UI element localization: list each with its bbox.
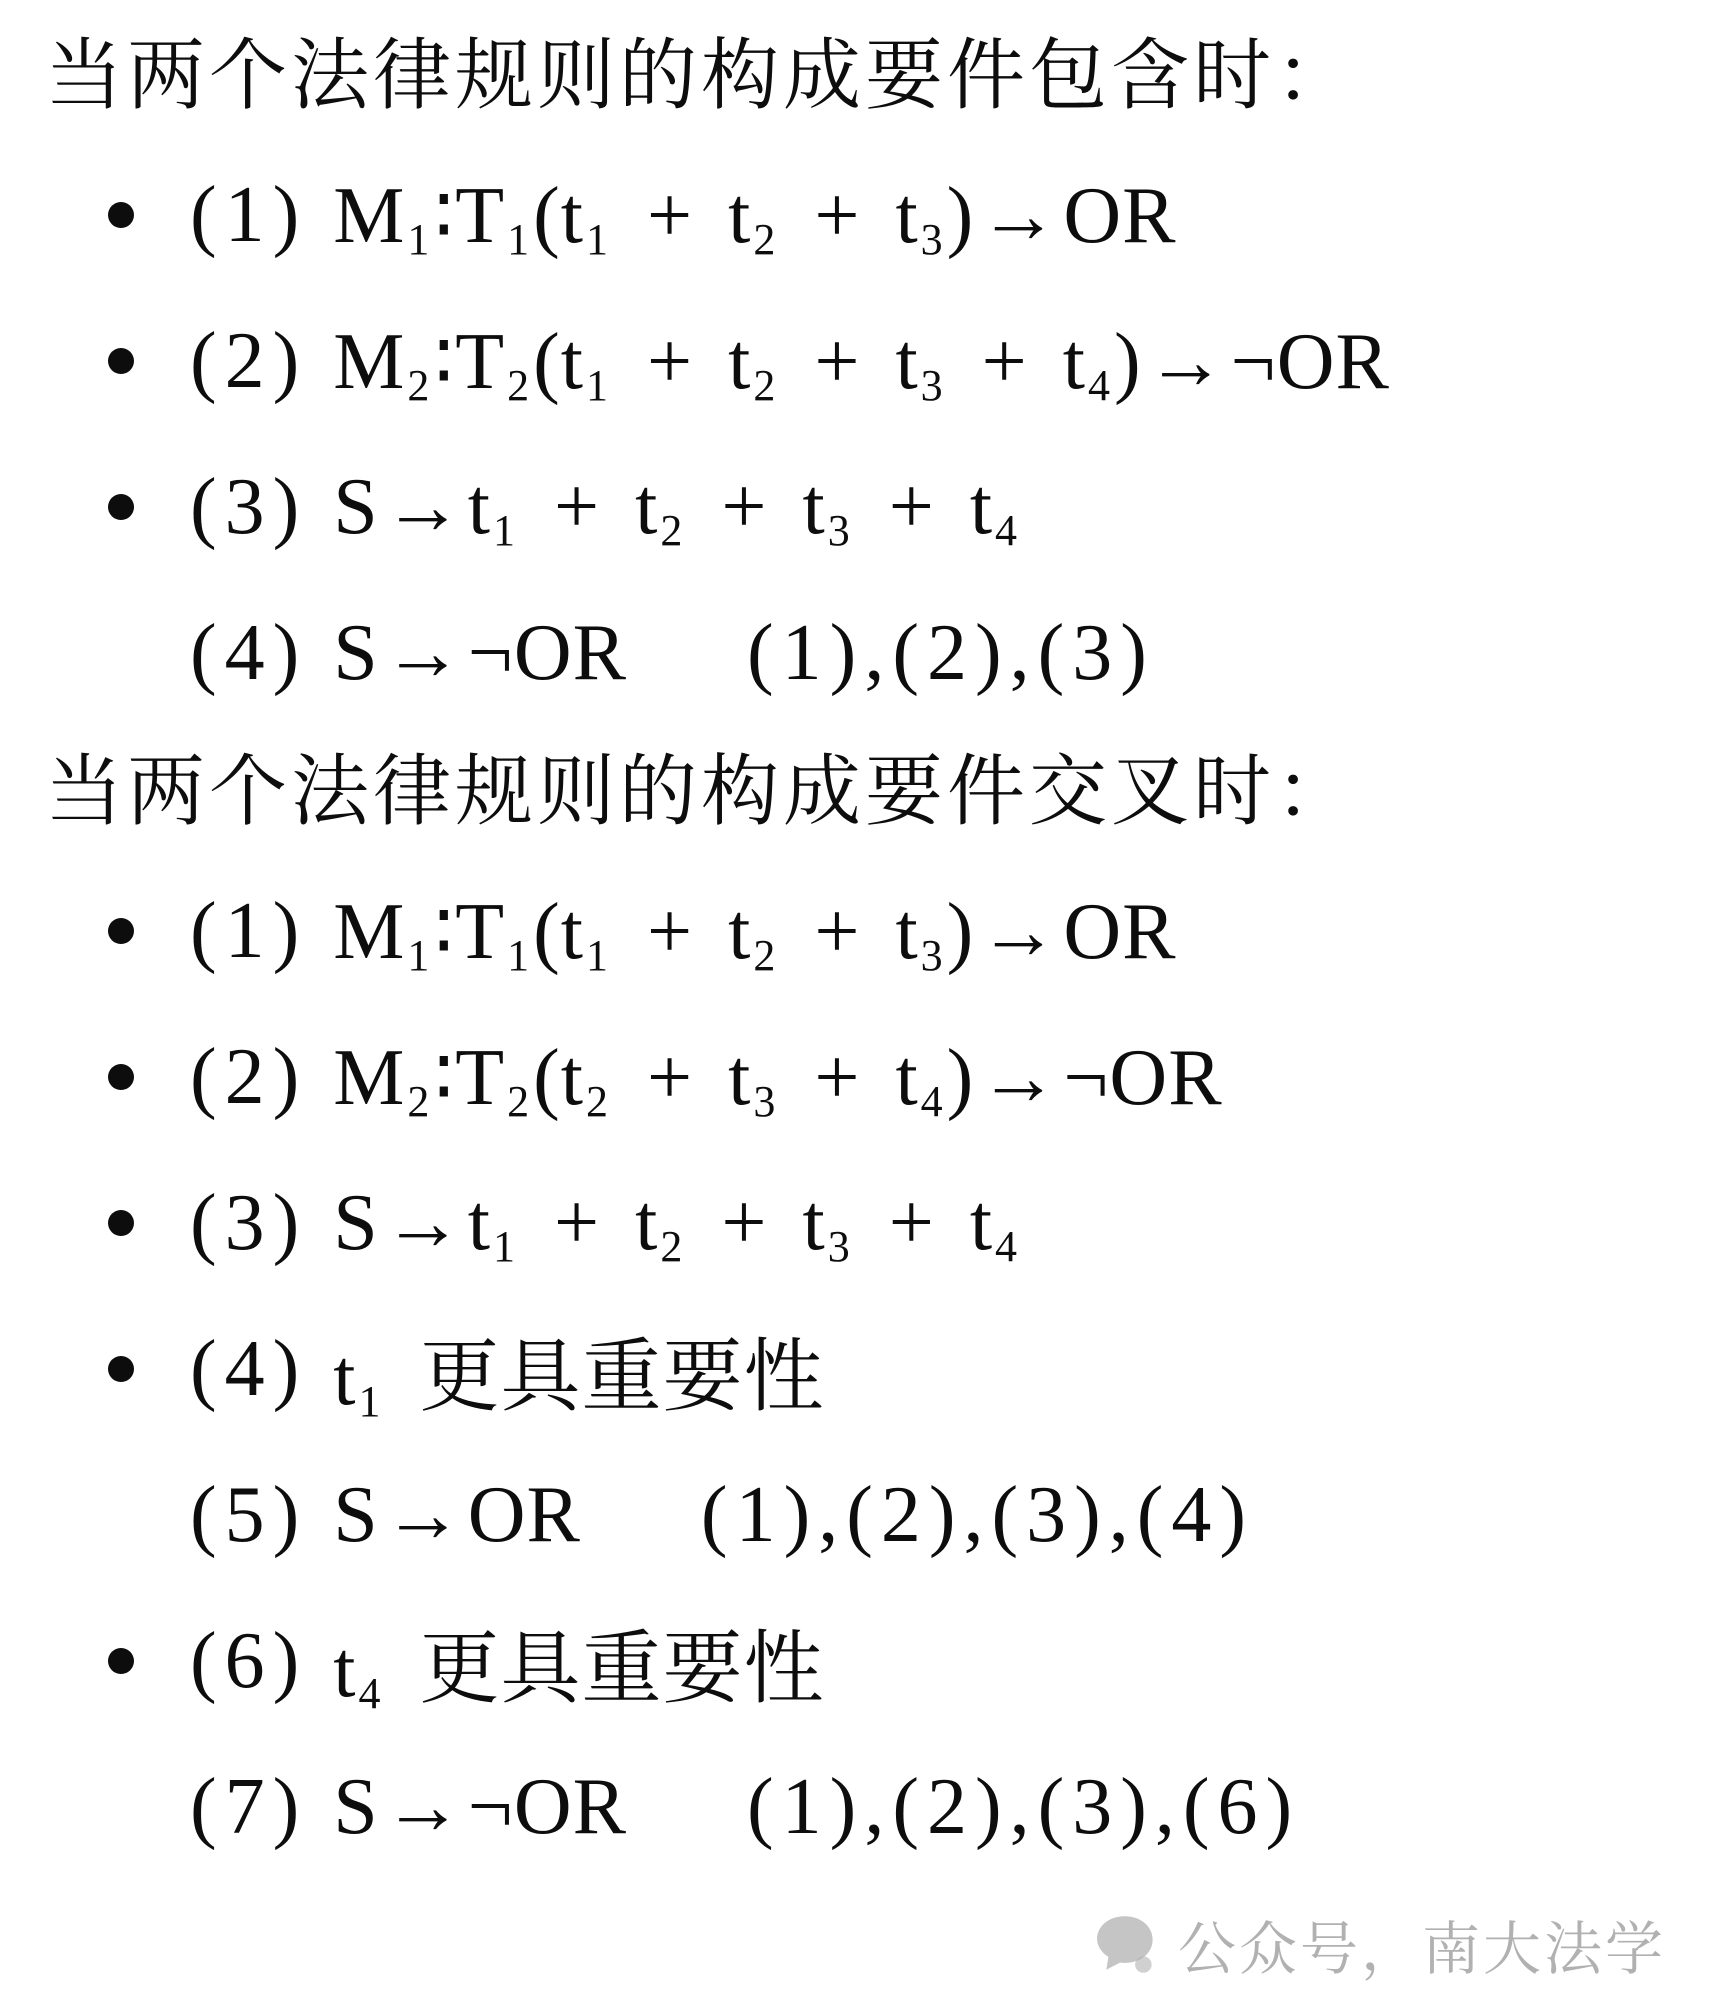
bullet-icon (108, 918, 134, 944)
formula: S→¬OR (333, 1762, 627, 1853)
formula-text: + t (612, 888, 751, 976)
formula-text: (t (533, 1034, 584, 1122)
formula-text: t (333, 1334, 356, 1422)
formula-text: ∶T (433, 888, 505, 976)
formula-line: (2)M2∶T2(t1 + t2 + t3 + t4)→¬OR (0, 288, 1721, 434)
formula-text: ) (1114, 318, 1142, 406)
formula-line: (2)M2∶T2(t2 + t3 + t4)→¬OR (0, 1004, 1721, 1150)
watermark-text: 公众号，南大法学 (1178, 1902, 1666, 1986)
formula-text: ) (947, 172, 975, 260)
line-number: (4) (190, 608, 307, 699)
rightwards-arrow-icon: → (379, 462, 468, 553)
formula-line: (7)S→¬OR(1),(2),(3),(6) (0, 1734, 1721, 1880)
line-number: (7) (190, 1762, 307, 1853)
formula-text: S (333, 609, 379, 697)
formula-text: OR (1063, 172, 1176, 260)
formula-text: + t (779, 318, 918, 406)
subscript: 2 (586, 1076, 609, 1127)
formula-text: M (333, 888, 405, 976)
formula: S→t1 + t2 + t3 + t4 (333, 1178, 1021, 1269)
line-number: (3) (190, 462, 307, 553)
formula-refs: (1),(2),(3),(4) (701, 1470, 1254, 1561)
bullet-icon (108, 202, 134, 228)
subscript: 1 (586, 214, 609, 265)
subscript: 1 (493, 1221, 516, 1272)
formula: M1∶T1(t1 + t2 + t3)→OR (333, 884, 1176, 978)
line-number: (3) (190, 1178, 307, 1269)
subscript: 3 (828, 505, 851, 556)
formula-text: (t (533, 318, 584, 406)
formula-text: S (333, 1763, 379, 1851)
subscript: 2 (507, 360, 530, 411)
formula-text: ∶T (433, 172, 505, 260)
line-number: (2) (190, 316, 307, 407)
formula-line: (4)S→¬OR(1),(2),(3) (0, 580, 1721, 726)
formula-line: (1)M1∶T1(t1 + t2 + t3)→OR (0, 858, 1721, 1004)
formula-refs: (1),(2),(3) (747, 608, 1155, 699)
formula-text: + t (612, 1034, 751, 1122)
line-number: (1) (190, 886, 307, 977)
document-page: 当两个法律规则的构成要件包含时：(1)M1∶T1(t1 + t2 + t3)→O… (0, 0, 1721, 2000)
formula-text: S (333, 1179, 379, 1267)
formula-line: (4)t1 更具重要性 (0, 1296, 1721, 1442)
formula: M2∶T2(t2 + t3 + t4)→¬OR (333, 1030, 1222, 1124)
subscript: 1 (359, 1376, 382, 1427)
formula-text: + t (779, 888, 918, 976)
subscript: 3 (921, 930, 944, 981)
formula-text: t (468, 463, 491, 551)
formula-text: ) (947, 1034, 975, 1122)
formula: M1∶T1(t1 + t2 + t3)→OR (333, 168, 1176, 262)
formula-text: + t (854, 1179, 993, 1267)
formula-text: + t (519, 463, 658, 551)
rightwards-arrow-icon: → (974, 887, 1063, 978)
formula-text: ) (947, 888, 975, 976)
subscript: 2 (753, 930, 776, 981)
subscript: 3 (753, 1076, 776, 1127)
line-number: (1) (190, 170, 307, 261)
formula-refs: (1),(2),(3),(6) (747, 1762, 1300, 1853)
formula-text: ¬OR (468, 609, 627, 697)
line-number: (6) (190, 1616, 307, 1707)
subscript: 2 (507, 1076, 530, 1127)
line-number: (5) (190, 1470, 307, 1561)
formula-text: 更具重要性 (385, 1626, 825, 1714)
rightwards-arrow-icon: → (379, 1178, 468, 1269)
formula-text: + t (947, 318, 1086, 406)
formula-text: (t (533, 172, 584, 260)
bullet-icon (108, 494, 134, 520)
formula-text: ¬OR (1063, 1034, 1222, 1122)
formula-text: ¬OR (468, 1763, 627, 1851)
rightwards-arrow-icon: → (974, 1033, 1063, 1124)
subscript: 1 (407, 214, 430, 265)
formula-text: 更具重要性 (385, 1334, 825, 1422)
formula-text: (t (533, 888, 584, 976)
subscript: 1 (507, 930, 530, 981)
formula-text: + t (779, 172, 918, 260)
formula-text: + t (686, 1179, 825, 1267)
formula: t1 更具重要性 (333, 1312, 824, 1427)
line-number: (4) (190, 1324, 307, 1415)
formula-text: ∶T (433, 1034, 505, 1122)
rightwards-arrow-icon: → (1142, 317, 1231, 408)
formula-text: t (468, 1179, 491, 1267)
formula-text: S (333, 463, 379, 551)
formula-line: (6)t4 更具重要性 (0, 1588, 1721, 1734)
formula-text: ∶T (433, 318, 505, 406)
subscript: 2 (660, 1221, 683, 1272)
formula-text: t (333, 1626, 356, 1714)
formula-line: (1)M1∶T1(t1 + t2 + t3)→OR (0, 142, 1721, 288)
section-heading: 当两个法律规则的构成要件交叉时： (0, 726, 1721, 858)
line-number: (2) (190, 1032, 307, 1123)
watermark: 公众号，南大法学 (1094, 1902, 1666, 1986)
formula-text: OR (1063, 888, 1176, 976)
formula-line: (3)S→t1 + t2 + t3 + t4 (0, 434, 1721, 580)
bullet-icon (108, 1210, 134, 1236)
formula-text: M (333, 318, 405, 406)
rightwards-arrow-icon: → (379, 1470, 468, 1561)
subscript: 4 (1088, 360, 1111, 411)
subscript: 4 (995, 505, 1018, 556)
formula-text: OR (468, 1471, 581, 1559)
subscript: 2 (407, 1076, 430, 1127)
subscript: 1 (586, 930, 609, 981)
subscript: 1 (493, 505, 516, 556)
subscript: 2 (753, 214, 776, 265)
watermark-logo-icon (1094, 1911, 1166, 1977)
bullet-icon (108, 1648, 134, 1674)
formula-text: M (333, 172, 405, 260)
formula-line: (5)S→OR(1),(2),(3),(4) (0, 1442, 1721, 1588)
formula: S→OR (333, 1470, 581, 1561)
subscript: 3 (921, 360, 944, 411)
formula-text: S (333, 1471, 379, 1559)
formula-text: M (333, 1034, 405, 1122)
subscript: 3 (828, 1221, 851, 1272)
formula-text: + t (854, 463, 993, 551)
subscript: 4 (359, 1668, 382, 1719)
rightwards-arrow-icon: → (974, 171, 1063, 262)
formula-line: (3)S→t1 + t2 + t3 + t4 (0, 1150, 1721, 1296)
bullet-icon (108, 1356, 134, 1382)
bullet-icon (108, 348, 134, 374)
formula-text: + t (612, 318, 751, 406)
section-heading: 当两个法律规则的构成要件包含时： (0, 10, 1721, 142)
rightwards-arrow-icon: → (379, 608, 468, 699)
rightwards-arrow-icon: → (379, 1762, 468, 1853)
subscript: 4 (995, 1221, 1018, 1272)
formula: S→t1 + t2 + t3 + t4 (333, 462, 1021, 553)
formula-text: + t (779, 1034, 918, 1122)
bullet-icon (108, 1064, 134, 1090)
formula-text: + t (612, 172, 751, 260)
subscript: 1 (407, 930, 430, 981)
subscript: 2 (660, 505, 683, 556)
subscript: 3 (921, 214, 944, 265)
formula-text: + t (686, 463, 825, 551)
subscript: 2 (407, 360, 430, 411)
subscript: 1 (586, 360, 609, 411)
formula: t4 更具重要性 (333, 1604, 824, 1719)
formula-text: + t (519, 1179, 658, 1267)
slide-content: 当两个法律规则的构成要件包含时：(1)M1∶T1(t1 + t2 + t3)→O… (0, 10, 1721, 1880)
subscript: 1 (507, 214, 530, 265)
formula-text: ¬OR (1231, 318, 1390, 406)
formula: S→¬OR (333, 608, 627, 699)
formula: M2∶T2(t1 + t2 + t3 + t4)→¬OR (333, 314, 1390, 408)
subscript: 2 (753, 360, 776, 411)
subscript: 4 (921, 1076, 944, 1127)
